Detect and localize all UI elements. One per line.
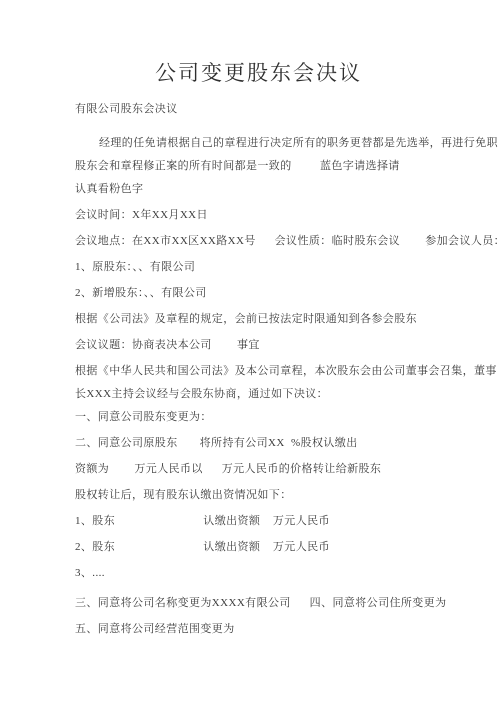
document-line: 经理的任免请根据自己的章程进行决定所有的职务更替都是先选举，再进行免职 <box>75 130 462 156</box>
document-line: 2、新增股东：、、有限公司 <box>75 280 462 306</box>
document-body: 有限公司股东会决议经理的任免请根据自己的章程进行决定所有的职务更替都是先选举，再… <box>75 96 462 642</box>
document-line: 有限公司股东会决议 <box>75 96 462 122</box>
document-line: 2、股东 认缴出资额 万元人民币 <box>75 534 462 560</box>
document-line: 会议时间：X年XX月XX日 <box>75 202 462 228</box>
document-line: 会议地点：在XX市XX区XX路XX号 会议性质：临时股东会议 参加会议人员： <box>75 228 462 254</box>
document-line: 1、股东 认缴出资额 万元人民币 <box>75 508 462 534</box>
document-line: 一、同意公司股东变更为： <box>75 404 462 430</box>
document-line: 二、同意公司原股东 将所持有公司XX %股权认缴出 <box>75 430 462 456</box>
document-line: 资额为 万元人民币以 万元人民币的价格转让给新股东 <box>75 456 462 482</box>
document-line: 三、同意将公司名称变更为XXXX有限公司 四、同意将公司住所变更为 <box>75 590 462 616</box>
document-line: 长XXX主持会议经与会股东协商，通过如下决议： <box>75 384 462 404</box>
document-line: 根据《公司法》及章程的规定，会前已按法定时限通知到各参会股东 <box>75 306 462 332</box>
document-line: 会议议题：协商表决本公司 事宜 <box>75 332 462 358</box>
document-page: 公司变更股东会决议 有限公司股东会决议经理的任免请根据自己的章程进行决定所有的职… <box>0 0 500 707</box>
document-line: 3、.... <box>75 560 462 586</box>
document-line: 根据《中华人民共和国公司法》及本公司章程，本次股东会由公司董事会召集，董事 <box>75 358 462 384</box>
document-line: 1、原股东：、、有限公司 <box>75 254 462 280</box>
document-line: 五、同意将公司经营范围变更为 <box>75 616 462 642</box>
document-title: 公司变更股东会决议 <box>65 58 452 88</box>
document-line: 认真看粉色字 <box>75 176 462 202</box>
document-line: 股权转让后，现有股东认缴出资情况如下： <box>75 482 462 508</box>
document-line: 股东会和章程修正案的所有时间都是一致的 蓝色字请选择请 <box>75 156 462 176</box>
